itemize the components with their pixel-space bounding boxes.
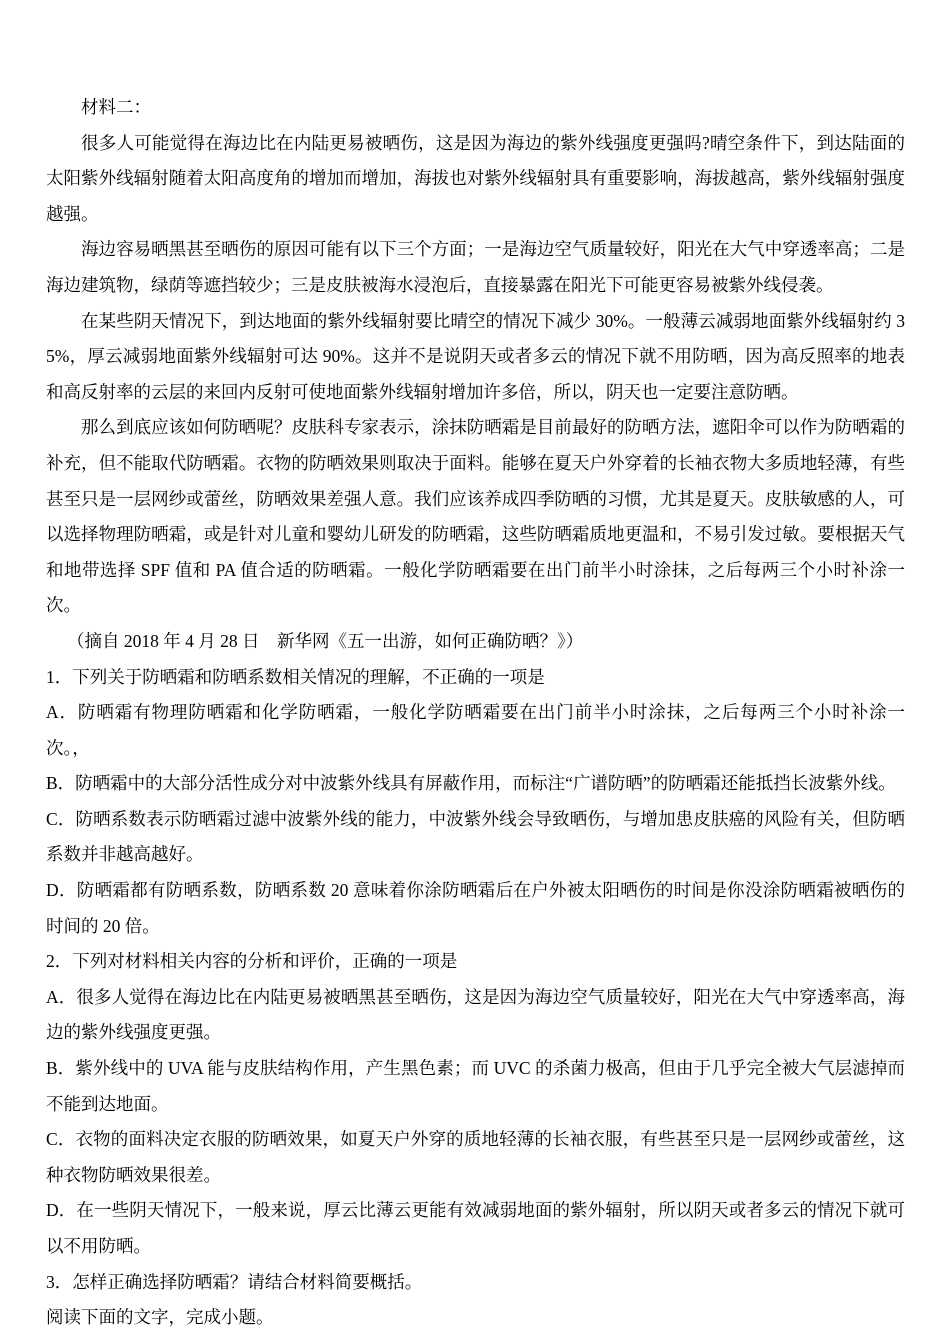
reading-instruction: 阅读下面的文字，完成小题。	[46, 1300, 905, 1336]
passage-paragraph-1: 很多人可能觉得在海边比在内陆更易被晒伤，这是因为海边的紫外线强度更强吗?晴空条件…	[46, 126, 905, 233]
passage-paragraph-4: 那么到底应该如何防晒呢？皮肤科专家表示，涂抹防晒霜是目前最好的防晒方法，遮阳伞可…	[46, 410, 905, 624]
passage-paragraph-3: 在某些阴天情况下，到达地面的紫外线辐射要比晴空的情况下减少 30%。一般薄云减弱…	[46, 304, 905, 411]
material-heading: 材料二：	[46, 90, 905, 126]
question-1-option-c: C．防晒系数表示防晒霜过滤中波紫外线的能力，中波紫外线会导致晒伤，与增加患皮肤癌…	[46, 802, 905, 873]
question-3: 3．怎样正确选择防晒霜？请结合材料简要概括。	[46, 1265, 905, 1301]
question-2-option-d: D．在一些阴天情况下，一般来说，厚云比薄云更能有效减弱地面的紫外辐射，所以阴天或…	[46, 1193, 905, 1264]
question-2-option-a: A．很多人觉得在海边比在内陆更易被晒黑甚至晒伤，这是因为海边空气质量较好，阳光在…	[46, 980, 905, 1051]
source-citation: （摘自 2018 年 4 月 28 日 新华网《五一出游，如何正确防晒？》）	[46, 624, 905, 660]
question-1-option-a: A．防晒霜有物理防晒霜和化学防晒霜，一般化学防晒霜要在出门前半小时涂抹，之后每两…	[46, 695, 905, 766]
document-content: 材料二： 很多人可能觉得在海边比在内陆更易被晒伤，这是因为海边的紫外线强度更强吗…	[0, 0, 950, 1336]
question-1-option-b: B．防晒霜中的大部分活性成分对中波紫外线具有屏蔽作用，而标注“广谱防晒”的防晒霜…	[46, 766, 905, 802]
question-2: 2．下列对材料相关内容的分析和评价，正确的一项是	[46, 944, 905, 980]
document-page: 材料二： 很多人可能觉得在海边比在内陆更易被晒伤，这是因为海边的紫外线强度更强吗…	[0, 0, 950, 1344]
passage-paragraph-2: 海边容易晒黑甚至晒伤的原因可能有以下三个方面；一是海边空气质量较好，阳光在大气中…	[46, 232, 905, 303]
question-1-option-d: D．防晒霜都有防晒系数，防晒系数 20 意味着你涂防晒霜后在户外被太阳晒伤的时间…	[46, 873, 905, 944]
question-1: 1．下列关于防晒霜和防晒系数相关情况的理解，不正确的一项是	[46, 660, 905, 696]
question-2-option-b: B．紫外线中的 UVA 能与皮肤结构作用，产生黑色素；而 UVC 的杀菌力极高，…	[46, 1051, 905, 1122]
question-2-option-c: C．衣物的面料决定衣服的防晒效果，如夏天户外穿的质地轻薄的长袖衣服，有些甚至只是…	[46, 1122, 905, 1193]
